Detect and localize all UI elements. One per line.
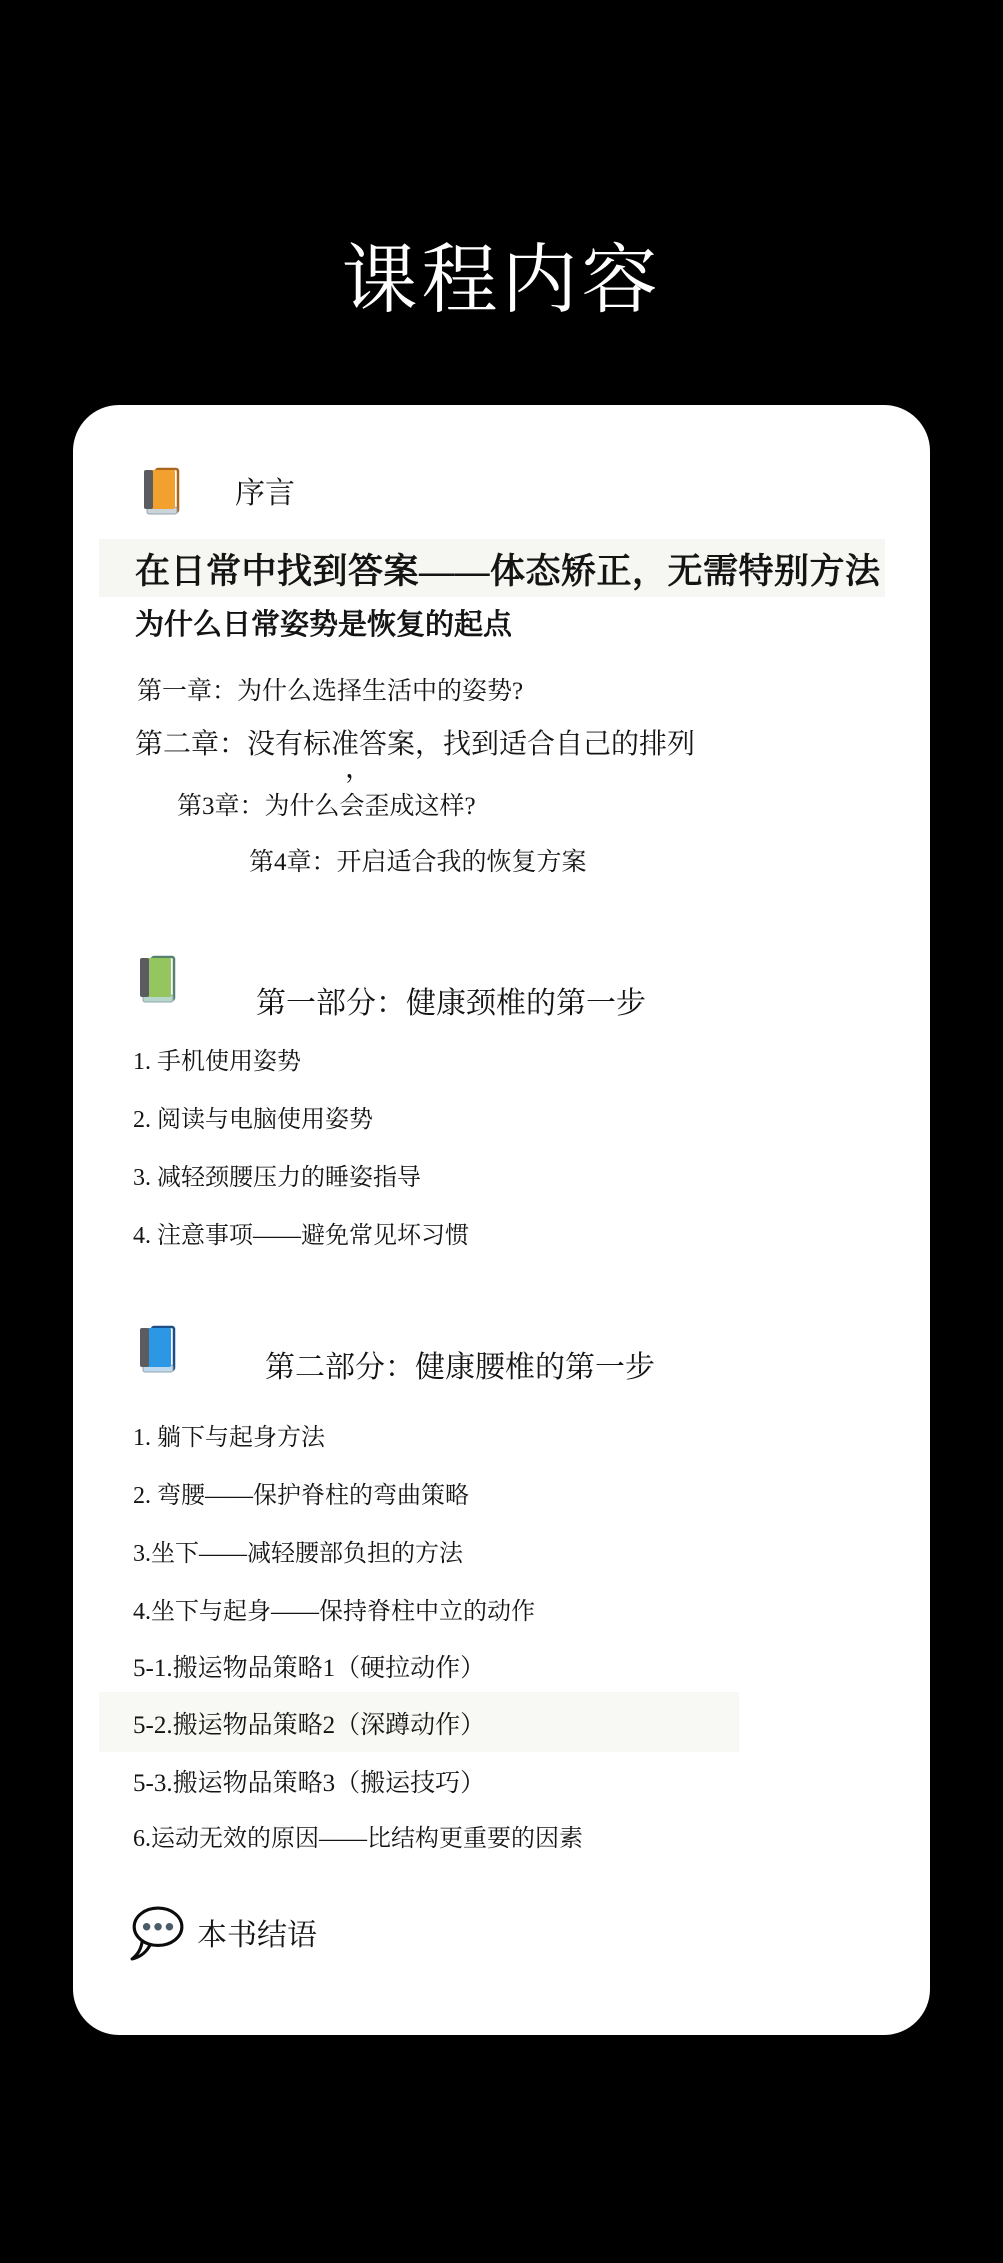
- part2-item: 6.运动无效的原因——比结构更重要的因素: [133, 1818, 583, 1853]
- green-book-icon: [137, 955, 179, 1005]
- stray-comma-mark: ，: [345, 746, 373, 786]
- part1-item: 4. 注意事项——避免常见坏习惯: [133, 1215, 469, 1250]
- part2-item: 5-1.搬运物品策略1（硬拉动作）: [133, 1648, 485, 1684]
- course-content-poster: 课程内容 序言 在日常中找到答案——体态矫正，无需特别方法 为什么日常姿势是恢复…: [0, 0, 1003, 2263]
- part2-title: 第二部分：健康腰椎的第一步: [265, 1349, 655, 1387]
- preface-subtitle: 为什么日常姿势是恢复的起点: [135, 602, 512, 643]
- chapter-1: 第一章：为什么选择生活中的姿势?: [137, 671, 523, 707]
- speech-balloon-icon: [129, 1905, 185, 1961]
- part2-item: 4.坐下与起身——保持脊柱中立的动作: [133, 1591, 535, 1626]
- part2-item: 3.坐下——减轻腰部负担的方法: [133, 1533, 463, 1568]
- content-card: 序言 在日常中找到答案——体态矫正，无需特别方法 为什么日常姿势是恢复的起点 第…: [73, 405, 930, 2035]
- part1-title: 第一部分：健康颈椎的第一步: [256, 985, 646, 1023]
- part1-item: 1. 手机使用姿势: [133, 1041, 301, 1076]
- part2-item: 1. 躺下与起身方法: [133, 1417, 325, 1452]
- part2-item: 5-2.搬运物品策略2（深蹲动作）: [133, 1705, 485, 1741]
- preface-label: 序言: [235, 475, 295, 513]
- part1-item: 3. 减轻颈腰压力的睡姿指导: [133, 1157, 421, 1192]
- blue-book-icon: [137, 1325, 179, 1375]
- page-title: 课程内容: [0, 242, 1003, 322]
- chapter-2: 第二章：没有标准答案，找到适合自己的排列: [135, 722, 695, 762]
- orange-book-icon: [141, 467, 183, 517]
- part2-item: 5-3.搬运物品策略3（搬运技巧）: [133, 1763, 485, 1799]
- conclusion-label: 本书结语: [197, 1917, 317, 1955]
- chapter-4: 第4章：开启适合我的恢复方案: [249, 842, 587, 878]
- preface-headline: 在日常中找到答案——体态矫正，无需特别方法: [135, 544, 881, 594]
- chapter-3: 第3章：为什么会歪成这样?: [177, 786, 476, 822]
- part2-item: 2. 弯腰——保护脊柱的弯曲策略: [133, 1475, 469, 1510]
- part1-item: 2. 阅读与电脑使用姿势: [133, 1099, 373, 1134]
